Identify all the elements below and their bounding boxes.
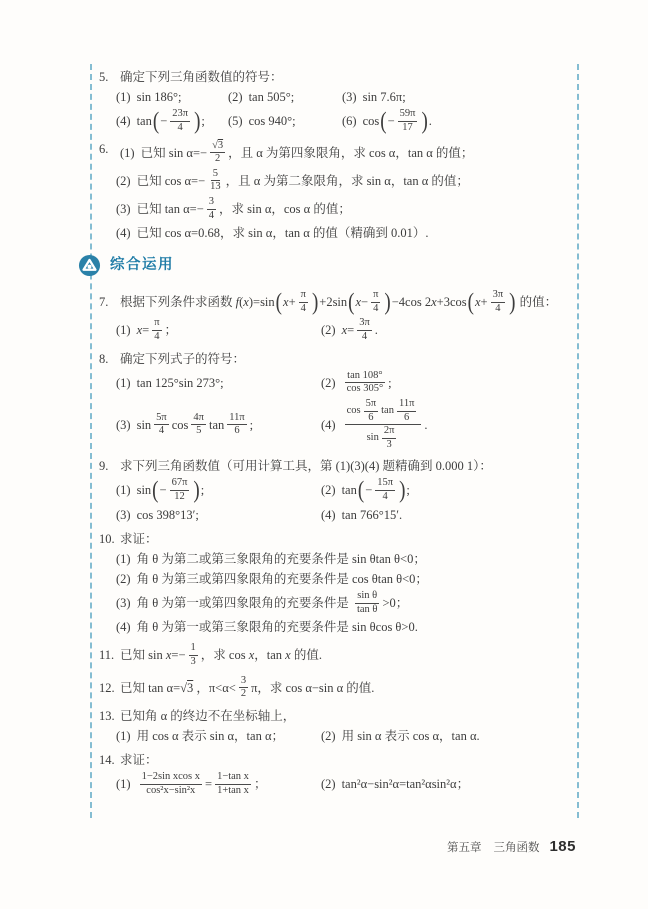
item-expression: cos5π6tan11π6sin2π3.: [342, 398, 428, 451]
exercise-item: (3)sin5π4cos4π5tan11π6;: [116, 412, 321, 438]
problem-title: 求下列三角函数值（可用计算工具，第 (1)(3)(4) 题精确到 0.000 1…: [120, 457, 492, 475]
item-label: (4): [321, 506, 336, 524]
item-expression: 角 θ 为第一或第三象限角的充要条件是 sin θcos θ>0.: [137, 618, 418, 636]
item-label: (3): [116, 506, 131, 524]
item-expression: 已知 cos α=0.68，求 sin α，tan α 的值（精确到 0.01）…: [137, 224, 429, 242]
textbook-page: 5. 确定下列三角函数值的符号： (1)sin 186°; (2)tan 505…: [0, 0, 648, 909]
problem-head: 14. 求证：: [99, 751, 575, 769]
problem-head: 9. 求下列三角函数值（可用计算工具，第 (1)(3)(4) 题精确到 0.00…: [99, 457, 575, 475]
item-row: (3)cos 398°13′; (4)tan 766°15′.: [99, 506, 575, 524]
problem-head: 13. 已知角 α 的终边不在坐标轴上，: [99, 707, 575, 725]
exercise-item: (2)tan(−15π4);: [321, 477, 575, 503]
right-dashed-rule: [577, 64, 579, 818]
problem-number: 5.: [99, 68, 117, 86]
problem-13: 13. 已知角 α 的终边不在坐标轴上， (1)用 cos α 表示 sin α…: [99, 707, 575, 745]
problem-number: 6.: [99, 140, 117, 158]
problem-14: 14. 求证： (1)1−2sin xcos xcos²x−sin²x=1−ta…: [99, 751, 575, 797]
item-row: (2)已知 cos α=−513，且 α 为第二象限角，求 sin α，tan …: [99, 168, 575, 194]
item-row: (4)已知 cos α=0.68，求 sin α，tan α 的值（精确到 0.…: [99, 224, 575, 242]
item-label: (2): [116, 172, 131, 190]
item-expression: cos 940°;: [249, 112, 296, 130]
item-expression: x=π4；: [137, 317, 177, 343]
footer-section: 三角函数: [493, 839, 539, 855]
item-expression: 已知 cos α=−513，且 α 为第二象限角，求 sin α，tan α 的…: [137, 168, 469, 194]
item-row: (1)x=π4； (2)x=3π4.: [99, 317, 575, 343]
item-label: (4): [116, 112, 131, 130]
problem-title: 确定下列式子的符号：: [120, 350, 245, 368]
item-label: (6): [342, 112, 357, 130]
item-label: (1): [116, 374, 131, 392]
exercise-item: (2)x=3π4.: [321, 317, 575, 343]
item-row: (3)角 θ 为第一或第四象限角的充要条件是 sin θtan θ>0；: [99, 590, 575, 616]
item-expression: tan²α−sin²α=tan²αsin²α；: [342, 775, 470, 793]
item-expression: 用 cos α 表示 sin α，tan α；: [137, 727, 284, 745]
item-label: (2): [321, 775, 336, 793]
item-label: (3): [116, 594, 131, 612]
exercise-item: (1)tan 125°sin 273°;: [116, 374, 321, 392]
problem-9: 9. 求下列三角函数值（可用计算工具，第 (1)(3)(4) 题精确到 0.00…: [99, 457, 575, 523]
item-label: (5): [228, 112, 243, 130]
item-label: (2): [321, 321, 336, 339]
problem-number: 7.: [99, 293, 117, 311]
exercise-item: (1)sin 186°;: [116, 88, 228, 106]
exercise-item: (4)tan 766°15′.: [321, 506, 575, 524]
item-row: (1)1−2sin xcos xcos²x−sin²x=1−tan x1+tan…: [99, 771, 575, 797]
problem-head: 5. 确定下列三角函数值的符号：: [99, 68, 575, 86]
item-expression: 角 θ 为第三或第四象限角的充要条件是 cos θtan θ<0；: [137, 570, 428, 588]
page-footer: 第五章 三角函数 185: [447, 838, 576, 855]
item-label: (1): [116, 775, 131, 793]
item-row: (4)角 θ 为第一或第三象限角的充要条件是 sin θcos θ>0.: [99, 618, 575, 636]
problem-head: 7. 根据下列条件求函数 f(x)=sin(x+π4)+2sin(x−π4)−4…: [99, 289, 575, 315]
item-expression: cos 398°13′;: [137, 506, 199, 524]
problem-head: 12. 已知 tan α=√3 ，π<α<32π，求 cos α−sin α 的…: [99, 675, 575, 701]
problem-title-expression: 已知 tan α=√3 ，π<α<32π，求 cos α−sin α 的值.: [120, 675, 374, 701]
item-label: (4): [321, 416, 336, 434]
item-expression: 用 sin α 表示 cos α，tan α.: [342, 727, 480, 745]
item-label: (2): [321, 481, 336, 499]
item-row: (3)已知 tan α=−34，求 sin α，cos α 的值；: [99, 196, 575, 222]
problem-number: 11.: [99, 646, 117, 664]
item-label: (4): [116, 618, 131, 636]
problem-number: 8.: [99, 350, 117, 368]
item-expression: tan(−23π4);: [137, 108, 205, 134]
item-label: (4): [116, 224, 131, 242]
problem-5: 5. 确定下列三角函数值的符号： (1)sin 186°; (2)tan 505…: [99, 68, 575, 134]
exercise-item: (4)cos5π6tan11π6sin2π3.: [321, 398, 575, 451]
item-expression: 已知 tan α=−34，求 sin α，cos α 的值；: [137, 196, 351, 222]
problem-head: 10. 求证：: [99, 530, 575, 548]
item-label: (3): [342, 88, 357, 106]
problem-8: 8. 确定下列式子的符号： (1)tan 125°sin 273°; (2)ta…: [99, 350, 575, 452]
item-label: (3): [116, 200, 131, 218]
item-row: (1)用 cos α 表示 sin α，tan α； (2)用 sin α 表示…: [99, 727, 575, 745]
item-row: (2)角 θ 为第三或第四象限角的充要条件是 cos θtan θ<0；: [99, 570, 575, 588]
exercise-item: (2)tan 108°cos 305°;: [321, 370, 575, 396]
problem-number: 10.: [99, 530, 117, 548]
section-badge-icon: [78, 254, 101, 277]
problem-head: 11. 已知 sin x=−13，求 cos x，tan x 的值.: [99, 642, 575, 668]
problem-head: 8. 确定下列式子的符号：: [99, 350, 575, 368]
item-expression: sin 7.6π;: [363, 88, 406, 106]
problem-title: 求证：: [120, 530, 158, 548]
exercise-item: (3)sin 7.6π;: [342, 88, 575, 106]
problem-title-expression: 已知 sin x=−13，求 cos x，tan x 的值.: [120, 642, 322, 668]
exercise-item: (1)x=π4；: [116, 317, 321, 343]
section-header: 综合运用: [78, 254, 575, 277]
problem-title: 求证：: [120, 751, 158, 769]
problem-number: 12.: [99, 679, 117, 697]
item-row: (1)已知 sin α=−√32，且 α 为第四象限角，求 cos α，tan …: [99, 140, 575, 166]
problem-7: 7. 根据下列条件求函数 f(x)=sin(x+π4)+2sin(x−π4)−4…: [99, 289, 575, 343]
problem-title-expression: 根据下列条件求函数 f(x)=sin(x+π4)+2sin(x−π4)−4cos…: [120, 289, 557, 315]
item-expression: cos(−59π17).: [363, 108, 432, 134]
item-label: (1): [116, 481, 131, 499]
item-row: (4)tan(−23π4); (5)cos 940°; (6)cos(−59π1…: [99, 108, 575, 134]
problem-10: 10. 求证： (1)角 θ 为第二或第三象限角的充要条件是 sin θtan …: [99, 530, 575, 637]
footer-chapter: 第五章: [447, 839, 482, 855]
exercise-item: (4)tan(−23π4);: [116, 108, 228, 134]
item-row: (3)sin5π4cos4π5tan11π6; (4)cos5π6tan11π6…: [99, 398, 575, 451]
page-number: 185: [549, 838, 576, 855]
problem-number: 13.: [99, 707, 117, 725]
item-label: (1): [120, 144, 135, 162]
exercise-item: (2)用 sin α 表示 cos α，tan α.: [321, 727, 575, 745]
problem-6: 6. (1)已知 sin α=−√32，且 α 为第四象限角，求 cos α，t…: [99, 140, 575, 242]
problem-title: 已知角 α 的终边不在坐标轴上，: [120, 707, 295, 725]
exercise-item: (1)sin(−67π12);: [116, 477, 321, 503]
item-label: (3): [116, 416, 131, 434]
item-expression: tan 125°sin 273°;: [137, 374, 224, 392]
item-expression: 角 θ 为第一或第四象限角的充要条件是 sin θtan θ>0；: [137, 590, 409, 616]
item-expression: sin 186°;: [137, 88, 182, 106]
item-label: (1): [116, 727, 131, 745]
problem-number: 14.: [99, 751, 117, 769]
item-expression: tan(−15π4);: [342, 477, 410, 503]
item-expression: 已知 sin α=−√32，且 α 为第四象限角，求 cos α，tan α 的…: [141, 140, 474, 166]
item-label: (2): [116, 570, 131, 588]
problem-number: 9.: [99, 457, 117, 475]
exercise-item: (6)cos(−59π17).: [342, 108, 575, 134]
problem-12: 12. 已知 tan α=√3 ，π<α<32π，求 cos α−sin α 的…: [99, 675, 575, 701]
item-expression: x=3π4.: [342, 317, 378, 343]
item-expression: sin5π4cos4π5tan11π6;: [137, 412, 254, 438]
item-expression: sin(−67π12);: [137, 477, 205, 503]
exercise-item: (5)cos 940°;: [228, 112, 342, 130]
exercise-item: (2)tan²α−sin²α=tan²αsin²α；: [321, 775, 575, 793]
left-dashed-rule: [90, 64, 92, 818]
item-expression: tan 505°;: [249, 88, 295, 106]
item-label: (1): [116, 550, 131, 568]
problem-11: 11. 已知 sin x=−13，求 cos x，tan x 的值.: [99, 642, 575, 668]
item-label: (1): [116, 321, 131, 339]
item-label: (2): [321, 727, 336, 745]
section-title: 综合运用: [110, 255, 174, 276]
exercise-item: (1)1−2sin xcos xcos²x−sin²x=1−tan x1+tan…: [116, 771, 321, 797]
item-expression: tan 108°cos 305°;: [342, 370, 392, 396]
item-row: (1)角 θ 为第二或第三象限角的充要条件是 sin θtan θ<0；: [99, 550, 575, 568]
item-row: (1)sin(−67π12); (2)tan(−15π4);: [99, 477, 575, 503]
item-label: (2): [321, 374, 336, 392]
item-expression: 1−2sin xcos xcos²x−sin²x=1−tan x1+tan x；: [137, 771, 267, 797]
exercise-item: (2)tan 505°;: [228, 88, 342, 106]
item-expression: 角 θ 为第二或第三象限角的充要条件是 sin θtan θ<0；: [137, 550, 426, 568]
exercise-item: (3)cos 398°13′;: [116, 506, 321, 524]
exercise-content: 5. 确定下列三角函数值的符号： (1)sin 186°; (2)tan 505…: [99, 66, 575, 803]
item-label: (1): [116, 88, 131, 106]
item-expression: tan 766°15′.: [342, 506, 403, 524]
exercise-item: (1)用 cos α 表示 sin α，tan α；: [116, 727, 321, 745]
problem-title: 确定下列三角函数值的符号：: [120, 68, 283, 86]
item-label: (2): [228, 88, 243, 106]
item-row: (1)tan 125°sin 273°; (2)tan 108°cos 305°…: [99, 370, 575, 396]
item-row: (1)sin 186°; (2)tan 505°; (3)sin 7.6π;: [99, 88, 575, 106]
